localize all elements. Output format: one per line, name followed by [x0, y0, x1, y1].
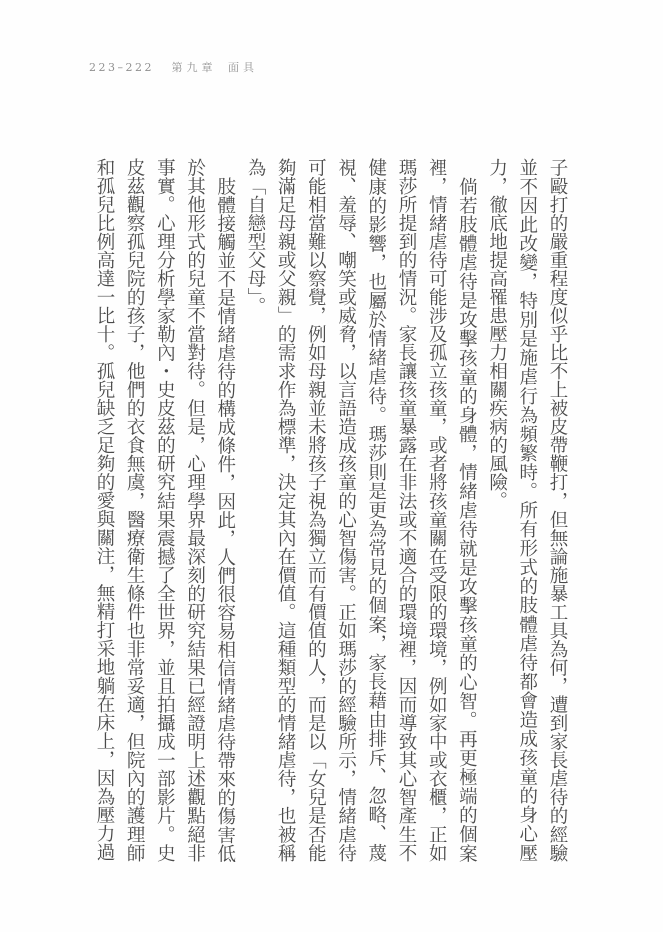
chapter-label: 第九章	[172, 61, 217, 74]
book-page: 223–222 第九章 面具 子毆打的嚴重程度似乎比不上被皮帶鞭打，但無論施暴工…	[0, 0, 663, 932]
vertical-text-block: 子毆打的嚴重程度似乎比不上被皮帶鞭打，但無論施暴工具為何，遭到家長虐待的經驗並不…	[88, 158, 572, 862]
section-title: 面具	[228, 61, 258, 74]
paragraph-emotional-abuse: 倘若肢體虐待是攻擊孩童的身體，情緒虐待就是攻擊孩童的心智。再更極端的個案裡，情緒…	[240, 158, 482, 862]
page-numbers: 223–222	[89, 61, 154, 74]
running-head: 223–222 第九章 面具	[89, 59, 258, 75]
paragraph-continuation: 子毆打的嚴重程度似乎比不上被皮帶鞭打，但無論施暴工具為何，遭到家長虐待的經驗並不…	[481, 158, 572, 862]
paragraph-spitz-research: 肢體接觸並不是情緒虐待的構成條件，因此，人們很容易相信情緒虐待帶來的傷害低於其他…	[89, 158, 240, 862]
